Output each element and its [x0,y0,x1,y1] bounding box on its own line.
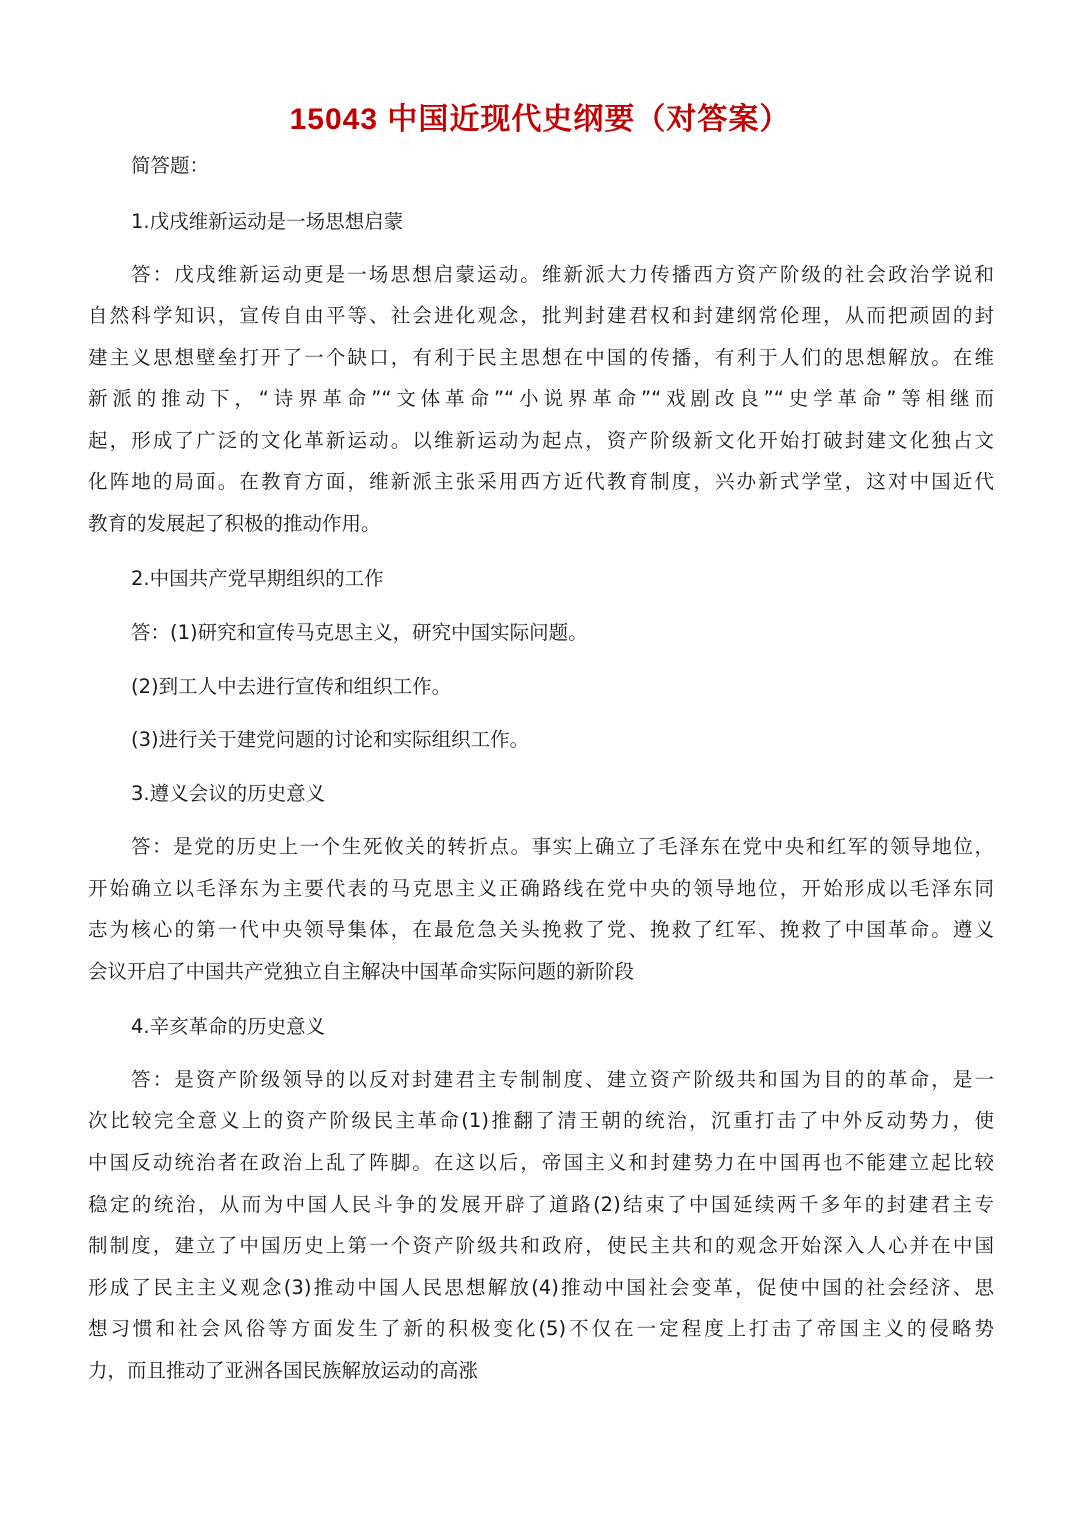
answer-line: 制制度，建立了中国历史上第一个资产阶级共和政府，使民主共和的观念开始深入人心并在… [88,1233,994,1259]
answer-line: 力，而且推动了亚洲各国民族解放运动的高涨 [88,1358,994,1384]
page-title: 15043 中国近现代史纲要（对答案） [0,94,1080,138]
answer-line: (3)进行关于建党问题的讨论和实际组织工作。 [131,727,529,753]
answer-line: 开始确立以毛泽东为主要代表的马克思主义正确路线在党中央的领导地位，开始形成以毛泽… [88,876,994,902]
answer-line: 新派的推动下，“诗界革命”“文体革命”“小说界革命”“戏剧改良”“史学革命”等相… [88,386,994,412]
answer-line: (2)到工人中去进行宣传和组织工作。 [131,674,451,700]
answer-line: 答：是资产阶级领导的以反对封建君主专制制度、建立资产阶级共和国为目的的革命，是一 [88,1067,994,1093]
question-heading: 4.辛亥革命的历史意义 [131,1014,325,1040]
answer-line: 中国反动统治者在政治上乱了阵脚。在这以后，帝国主义和封建势力在中国再也不能建立起… [88,1150,994,1176]
question-heading: 1.戊戌维新运动是一场思想启蒙 [131,209,403,235]
answer-line: 答：(1)研究和宣传马克思主义，研究中国实际问题。 [131,620,588,646]
answer-line: 答：戊戌维新运动更是一场思想启蒙运动。维新派大力传播西方资产阶级的社会政治学说和 [88,262,994,288]
answer-line: 建主义思想壁垒打开了一个缺口，有利于民主思想在中国的传播，有利于人们的思想解放。… [88,345,994,371]
answer-line: 化阵地的局面。在教育方面，维新派主张采用西方近代教育制度，兴办新式学堂，这对中国… [88,469,994,495]
answer-line: 自然科学知识，宣传自由平等、社会进化观念，批判封建君权和封建纲常伦理，从而把顽固… [88,303,994,329]
question-heading: 3.遵义会议的历史意义 [131,781,325,807]
answer-line: 起，形成了广泛的文化革新运动。以维新运动为起点，资产阶级新文化开始打破封建文化独… [88,428,994,454]
answer-line: 答：是党的历史上一个生死攸关的转折点。事实上确立了毛泽东在党中央和红军的领导地位… [88,834,994,860]
answer-line: 教育的发展起了积极的推动作用。 [88,511,994,537]
answer-line: 想习惯和社会风俗等方面发生了新的积极变化(5)不仅在一定程度上打击了帝国主义的侵… [88,1316,994,1342]
answer-line: 次比较完全意义上的资产阶级民主革命(1)推翻了清王朝的统治，沉重打击了中外反动势… [88,1108,994,1134]
section-label: 简答题： [131,153,209,179]
answer-line: 志为核心的第一代中央领导集体，在最危急关头挽救了党、挽救了红军、挽救了中国革命。… [88,917,994,943]
question-heading: 2.中国共产党早期组织的工作 [131,566,384,592]
answer-line: 形成了民主主义观念(3)推动中国人民思想解放(4)推动中国社会变革，促使中国的社… [88,1275,994,1301]
answer-line: 会议开启了中国共产党独立自主解决中国革命实际问题的新阶段 [88,959,994,985]
answer-line: 稳定的统治，从而为中国人民斗争的发展开辟了道路(2)结束了中国延续两千多年的封建… [88,1192,994,1218]
